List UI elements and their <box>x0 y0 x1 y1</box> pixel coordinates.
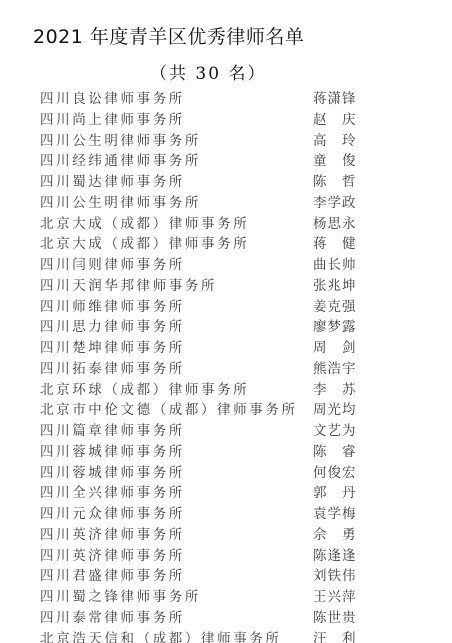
lawyer-name: 陈 睿 <box>313 442 363 463</box>
document-title: 2021 年度青羊区优秀律师名单 <box>33 24 304 50</box>
lawyer-name: 陈世贵 <box>313 608 363 629</box>
lawyer-name: 张兆坤 <box>313 276 363 297</box>
firm-name: 四川师维律师事务所 <box>40 297 185 318</box>
list-item: 北京环球（成都）律师事务所李 苏 <box>40 380 370 401</box>
list-item: 北京大成（成都）律师事务所杨思永 <box>40 214 370 235</box>
list-item: 四川尚上律师事务所赵 庆 <box>40 110 370 131</box>
firm-name: 四川思力律师事务所 <box>40 317 185 338</box>
list-item: 四川良讼律师事务所蒋潇锋 <box>40 89 370 110</box>
lawyer-name: 曲长帅 <box>313 255 363 276</box>
list-item: 四川英济律师事务所佘 勇 <box>40 525 370 546</box>
firm-name: 北京大成（成都）律师事务所 <box>40 214 249 235</box>
list-item: 四川蜀之锋律师事务所王兴萍 <box>40 587 370 608</box>
firm-name: 四川闫则律师事务所 <box>40 255 185 276</box>
list-item: 四川元众律师事务所袁学梅 <box>40 504 370 525</box>
firm-name: 四川蜀之锋律师事务所 <box>40 587 201 608</box>
lawyer-name: 文艺为 <box>313 421 363 442</box>
firm-name: 四川篇章律师事务所 <box>40 421 185 442</box>
list-item: 北京市中伦文德（成都）律师事务所周光均 <box>40 400 370 421</box>
firm-name: 四川元众律师事务所 <box>40 504 185 525</box>
lawyer-name: 杨思永 <box>313 214 363 235</box>
lawyer-name: 高 玲 <box>313 131 363 152</box>
firm-name: 四川君盛律师事务所 <box>40 566 185 587</box>
list-item: 四川经纬通律师事务所童 俊 <box>40 151 370 172</box>
lawyer-name: 蒋 健 <box>313 234 363 255</box>
firm-name: 四川蓉城律师事务所 <box>40 463 185 484</box>
firm-name: 北京环球（成都）律师事务所 <box>40 380 249 401</box>
list-item: 四川楚坤律师事务所周 剑 <box>40 338 370 359</box>
list-item: 四川公生明律师事务所李学政 <box>40 193 370 214</box>
lawyer-name: 童 俊 <box>313 151 363 172</box>
firm-name: 四川拓泰律师事务所 <box>40 359 185 380</box>
list-item: 四川闫则律师事务所曲长帅 <box>40 255 370 276</box>
lawyer-list: 四川良讼律师事务所蒋潇锋 四川尚上律师事务所赵 庆 四川公生明律师事务所高 玲 … <box>40 89 370 643</box>
lawyer-name: 周光均 <box>313 400 363 421</box>
lawyer-name: 陈逢逢 <box>313 546 363 567</box>
list-item: 四川蓉城律师事务所陈 睿 <box>40 442 370 463</box>
lawyer-name: 熊浩宇 <box>313 359 363 380</box>
firm-name: 四川泰常律师事务所 <box>40 608 185 629</box>
firm-name: 四川良讼律师事务所 <box>40 89 185 110</box>
lawyer-name: 郭 丹 <box>313 483 363 504</box>
list-item: 四川公生明律师事务所高 玲 <box>40 131 370 152</box>
lawyer-name: 汪 利 <box>313 629 363 643</box>
lawyer-name: 蒋潇锋 <box>313 89 363 110</box>
firm-name: 四川英济律师事务所 <box>40 525 185 546</box>
list-item: 四川蓉城律师事务所何俊宏 <box>40 463 370 484</box>
list-item: 四川天润华邦律师事务所张兆坤 <box>40 276 370 297</box>
lawyer-name: 佘 勇 <box>313 525 363 546</box>
firm-name: 北京大成（成都）律师事务所 <box>40 234 249 255</box>
firm-name: 四川楚坤律师事务所 <box>40 338 185 359</box>
list-item: 四川君盛律师事务所刘铁伟 <box>40 566 370 587</box>
lawyer-name: 何俊宏 <box>313 463 363 484</box>
list-item: 四川蜀达律师事务所陈 哲 <box>40 172 370 193</box>
lawyer-name: 王兴萍 <box>313 587 363 608</box>
firm-name: 四川公生明律师事务所 <box>40 193 201 214</box>
firm-name: 北京浩天信和（成都）律师事务所 <box>40 629 282 643</box>
list-item: 四川英济律师事务所陈逢逢 <box>40 546 370 567</box>
firm-name: 北京市中伦文德（成都）律师事务所 <box>40 400 298 421</box>
lawyer-name: 袁学梅 <box>313 504 363 525</box>
firm-name: 四川经纬通律师事务所 <box>40 151 201 172</box>
list-item: 北京大成（成都）律师事务所蒋 健 <box>40 234 370 255</box>
lawyer-name: 李学政 <box>313 193 363 214</box>
document-subtitle-count: （共 30 名） <box>150 62 266 86</box>
firm-name: 四川英济律师事务所 <box>40 546 185 567</box>
firm-name: 四川天润华邦律师事务所 <box>40 276 217 297</box>
lawyer-name: 赵 庆 <box>313 110 363 131</box>
firm-name: 四川公生明律师事务所 <box>40 131 201 152</box>
list-item: 四川全兴律师事务所郭 丹 <box>40 483 370 504</box>
list-item: 四川思力律师事务所廖梦露 <box>40 317 370 338</box>
list-item: 四川师维律师事务所姜克强 <box>40 297 370 318</box>
lawyer-name: 姜克强 <box>313 297 363 318</box>
firm-name: 四川蓉城律师事务所 <box>40 442 185 463</box>
lawyer-name: 陈 哲 <box>313 172 363 193</box>
list-item: 四川篇章律师事务所文艺为 <box>40 421 370 442</box>
lawyer-name: 刘铁伟 <box>313 566 363 587</box>
firm-name: 四川全兴律师事务所 <box>40 483 185 504</box>
list-item: 四川拓泰律师事务所熊浩宇 <box>40 359 370 380</box>
lawyer-name: 李 苏 <box>313 380 363 401</box>
list-item: 四川泰常律师事务所陈世贵 <box>40 608 370 629</box>
firm-name: 四川蜀达律师事务所 <box>40 172 185 193</box>
lawyer-name: 廖梦露 <box>313 317 363 338</box>
list-item: 北京浩天信和（成都）律师事务所汪 利 <box>40 629 370 643</box>
lawyer-name: 周 剑 <box>313 338 363 359</box>
firm-name: 四川尚上律师事务所 <box>40 110 185 131</box>
